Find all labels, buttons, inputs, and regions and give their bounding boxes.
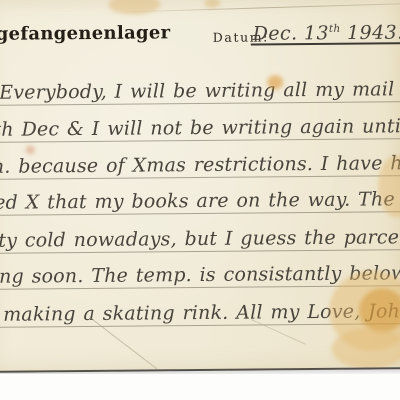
handwritten-line: th Dec & I will not be writing again unt… <box>0 111 400 145</box>
letter-card: gefangenenlager Datum: Dec. 13th 1943. E… <box>0 0 400 373</box>
paper-stain <box>204 0 220 8</box>
handwritten-line: tty cold nowadays, but I guess the parce… <box>0 222 400 256</box>
paper-stain <box>331 328 400 369</box>
handwritten-line: ed X that my books are on the way. The w… <box>0 184 400 218</box>
camp-label: gefangenenlager <box>0 23 171 45</box>
scan-margin <box>0 374 400 400</box>
date-prefix: Dec. 13 <box>253 22 329 45</box>
handwritten-line: Everybody, I will be writing all my mail… <box>0 74 400 108</box>
handwritten-line: n. because of Xmas restrictions. I have … <box>0 148 400 182</box>
date-year: 1943. <box>347 22 400 44</box>
paper-stain <box>359 288 400 332</box>
paper-stain <box>26 145 35 154</box>
scan-background: gefangenenlager Datum: Dec. 13th 1943. E… <box>0 0 400 400</box>
date-superscript: th <box>329 23 341 35</box>
paper-stain <box>267 75 283 89</box>
